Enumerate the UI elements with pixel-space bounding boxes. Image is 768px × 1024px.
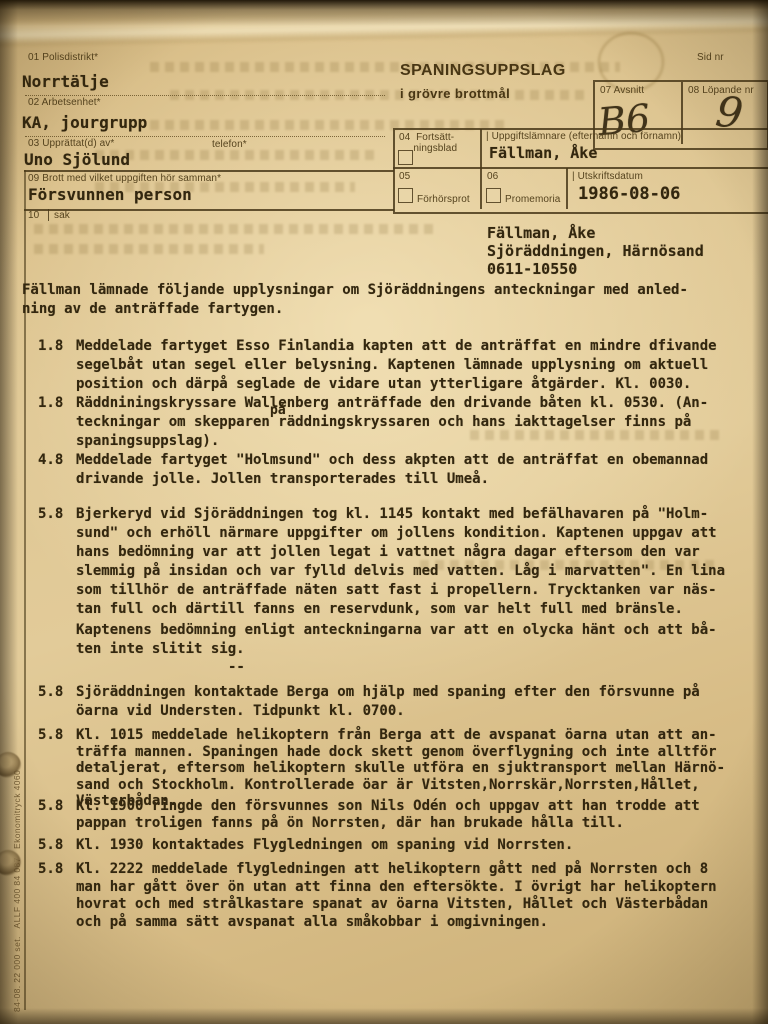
info-box-col-divider2 xyxy=(566,168,568,209)
avsnitt-label: 07 Avsnitt xyxy=(600,85,644,96)
form-subtitle: i grövre brottmål xyxy=(400,86,510,101)
inserted-word: på xyxy=(270,404,286,417)
report-item: 1.8Meddelade fartyget Esso Finlandia kap… xyxy=(38,337,717,394)
forhorsprot-num: 05 xyxy=(399,171,410,182)
item-text: Meddelade fartyget Esso Finlandia kapten… xyxy=(76,337,717,394)
item-date: 5.8 xyxy=(38,505,76,524)
item-date: 1.8 xyxy=(38,337,76,356)
field-label-arbetsenhet: 02 Arbetsenhet* xyxy=(28,97,101,108)
field-rule xyxy=(25,136,385,137)
field-label-sak: sak xyxy=(54,210,70,221)
uppgiftslamnare-label: | Uppgiftslämnare (efternamn och förnamn… xyxy=(486,131,681,142)
report-item: 1.8Räddniningskryssare Wallenberg anträf… xyxy=(38,394,708,451)
info-box-row-divider xyxy=(393,167,768,169)
field-value-brott: Försvunnen person xyxy=(28,185,192,204)
field-label-telefon: telefon* xyxy=(212,139,247,150)
item-text: Bjerkeryd vid Sjöräddningen tog kl. 1145… xyxy=(76,505,725,619)
field-rule xyxy=(25,95,385,96)
field-value-polisdistrikt: Norrtälje xyxy=(22,72,109,91)
promemoria-num: 06 xyxy=(487,171,498,182)
item-date: 5.8 xyxy=(38,683,76,702)
report-item-continuation: Kaptenens bedömning enligt anteckningarn… xyxy=(76,621,717,659)
item-date: 5.8 xyxy=(38,798,76,815)
item-date: 5.8 xyxy=(38,861,76,879)
separator-dashes: -- xyxy=(228,658,245,677)
item-text: Kl. 2222 meddelade flygledningen att hel… xyxy=(76,861,717,931)
sak-divider xyxy=(48,209,49,221)
info-box-col-divider xyxy=(480,129,482,209)
bleedthrough-text xyxy=(34,224,434,234)
item-text: Räddniningskryssare Wallenberg anträffad… xyxy=(76,394,708,451)
report-item: 4.8Meddelade fartyget "Holmsund" och des… xyxy=(38,451,708,489)
police-report-form: 01 Polisdistrikt* Norrtälje 02 Arbetsenh… xyxy=(0,0,768,1024)
bleedthrough-text xyxy=(34,244,264,254)
field-label-sak-num: 10 xyxy=(28,210,39,221)
fortsattningsblad-checkbox xyxy=(398,150,413,165)
uppgiftslamnare-value: Fällman, Åke xyxy=(489,144,597,162)
field-label-brott: 09 Brott med vilket uppgiften hör samman… xyxy=(28,173,221,184)
field-label-polisdistrikt: 01 Polisdistrikt* xyxy=(28,52,98,63)
item-date: 4.8 xyxy=(38,451,76,470)
field-value-arbetsenhet: KA, jourgrupp xyxy=(22,113,147,132)
report-item: 5.8Kl. 2222 meddelade flygledningen att … xyxy=(38,861,717,931)
contact-org: Sjöräddningen, Härnösand xyxy=(487,242,704,260)
item-text: Kl. 1900 ringde den försvunnes son Nils … xyxy=(76,798,700,831)
item-date: 5.8 xyxy=(38,727,76,744)
promemoria-label: Promemoria xyxy=(505,194,560,205)
report-item: 5.8Kl. 1900 ringde den försvunnes son Ni… xyxy=(38,798,700,831)
forhorsprot-label: Förhörsprot xyxy=(417,194,470,205)
sid-nr-label: Sid nr xyxy=(697,52,724,63)
report-item: 5.8Bjerkeryd vid Sjöräddningen tog kl. 1… xyxy=(38,505,725,619)
contact-name: Fällman, Åke xyxy=(487,224,595,242)
bleedthrough-text xyxy=(95,150,375,160)
item-text: Meddelade fartyget "Holmsund" och dess a… xyxy=(76,451,708,489)
field-value-upprattad-av: Uno Sjölund xyxy=(24,150,130,169)
item-text: Kl. 1930 kontaktades Flygledningen om sp… xyxy=(76,836,573,855)
item-date: 1.8 xyxy=(38,394,76,413)
utskriftsdatum-value: 1986-08-06 xyxy=(578,184,680,204)
body-intro: Fällman lämnade följande upplysningar om… xyxy=(22,281,688,319)
utskriftsdatum-label: | Utskriftsdatum xyxy=(572,171,643,182)
forhorsprot-checkbox xyxy=(398,188,413,203)
promemoria-checkbox xyxy=(486,188,501,203)
form-title: SPANINGSUPPSLAG xyxy=(400,62,566,80)
field-label-upprattad-av: 03 Upprättat(d) av* xyxy=(28,138,114,149)
report-item: 5.8Sjöräddningen kontaktade Berga om hjä… xyxy=(38,683,700,721)
report-item: 5.8Kl. 1930 kontaktades Flygledningen om… xyxy=(38,836,573,855)
contact-phone: 0611-10550 xyxy=(487,260,577,278)
item-date: 5.8 xyxy=(38,836,76,855)
item-text: Sjöräddningen kontaktade Berga om hjälp … xyxy=(76,683,700,721)
